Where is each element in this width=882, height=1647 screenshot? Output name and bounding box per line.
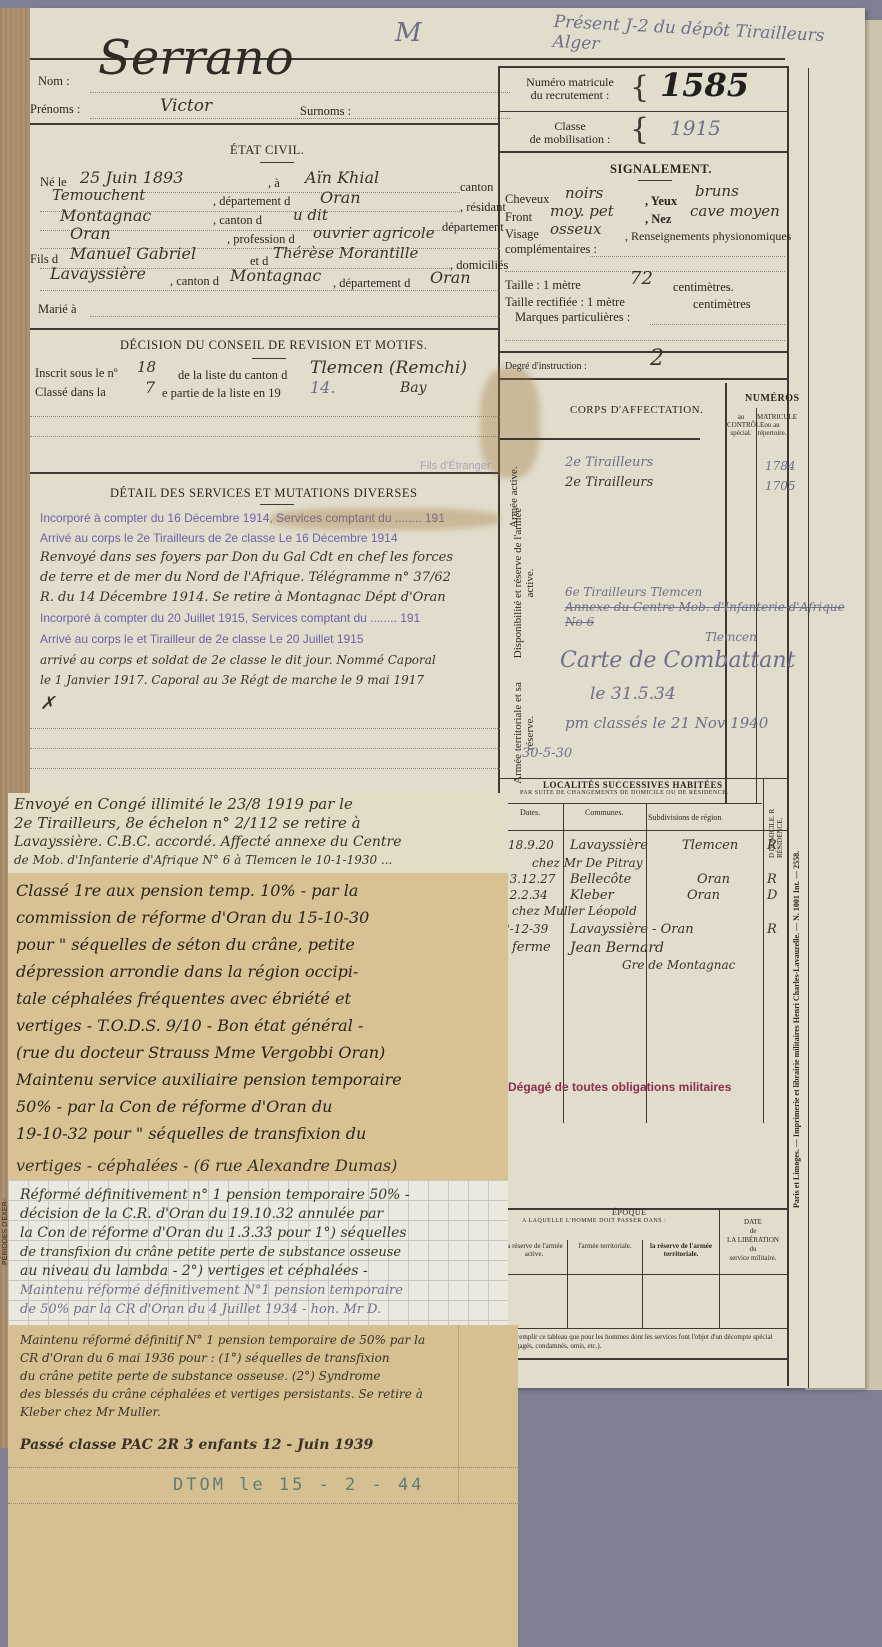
epoque-col-2: l'armée territoriale. <box>569 1242 641 1250</box>
a-value: Aïn Khial <box>305 168 379 187</box>
departement-label: département <box>442 220 504 235</box>
residant-value: Montagnac <box>60 206 151 225</box>
annee-value: 14. <box>310 378 335 397</box>
localites-subheading: PAR SUITE DE CHANGEMENTS DE DOMICILE OU … <box>520 790 728 796</box>
yeux-label: , Yeux <box>645 194 677 209</box>
dept-value-3: Oran <box>430 268 471 287</box>
corner-mark: M <box>395 18 422 48</box>
dtom-note: DTOM le 15 - 2 - 44 <box>173 1475 424 1495</box>
signalement-heading: SIGNALEMENT. <box>610 162 712 177</box>
slip-maintenu: Maintenu réformé définitif N° 1 pension … <box>8 1325 518 1647</box>
nez-label: , Nez <box>645 212 671 227</box>
taille-label: Taille : 1 mètre <box>505 278 581 293</box>
profession-value: ouvrier agricole <box>313 224 435 242</box>
slip-pension-1-end: vertiges - céphalées - (6 rue Alexandre … <box>8 1150 508 1184</box>
epoque-note: Ne remplir ce tableau que pour les homme… <box>507 1333 782 1351</box>
carte-combattant: Carte de Combattant <box>560 648 795 673</box>
canton-label-2: , canton d <box>213 213 262 228</box>
territoriale-date: 30-5-30 <box>522 746 572 761</box>
slip-reforme: Réformé définitivement n° 1 pension temp… <box>8 1180 508 1325</box>
cross-mark: ✗ <box>40 693 55 714</box>
water-stain <box>480 368 540 478</box>
canton-value-2: u dit <box>293 206 328 224</box>
degre-value: 2 <box>650 346 664 371</box>
services-heading: DÉTAIL DES SERVICES ET MUTATIONS DIVERSE… <box>110 486 417 501</box>
visage-value: osseux <box>550 220 601 238</box>
pm-classes: pm classés le 21 Nov 1940 <box>565 714 768 732</box>
classe-dans-value: 7 <box>145 378 155 397</box>
cheveux-value: noirs <box>565 184 603 202</box>
disponibilite-label: Disponibilité et réserve de l'armée acti… <box>512 498 536 668</box>
canton-label: canton <box>460 180 493 195</box>
disponibilite-entries: 6e Tirailleurs Tlemcen Annexe du Centre … <box>565 585 865 645</box>
col-controle: au CONTRÔLE spécial. <box>727 413 755 437</box>
canton-label-3: , canton d <box>170 274 219 289</box>
cheveux-label: Cheveux <box>505 192 549 207</box>
passe-classe: Passé classe PAC 2R 3 enfants 12 - Juin … <box>20 1437 373 1453</box>
classe-dans-label: Classé dans la <box>35 385 106 400</box>
matricule-label: Numéro matricule du recrutement : <box>510 76 630 102</box>
epoque-heading: ÉPOQUE <box>612 1208 647 1217</box>
epoque-col-1: la réserve de l'armée active. <box>502 1242 566 1258</box>
matricule-value[interactable]: 1585 <box>660 66 749 104</box>
classe-label: Classe de mobilisation : <box>510 120 630 146</box>
marques-label: Marques particulières : <box>515 310 630 325</box>
services-lines: Incorporé à compter du 16 Décembre 1914,… <box>40 508 500 690</box>
dept-value-1: Oran <box>320 188 361 207</box>
col-subdivisions: Subdivisions de région <box>648 813 721 822</box>
domicile-value: Lavayssière <box>50 264 146 283</box>
canton-value: Temouchent <box>52 186 145 204</box>
ne-le-value: 25 Juin 1893 <box>80 168 183 187</box>
residant-label: , résidant <box>460 200 506 215</box>
dept-label-1: , département d <box>213 194 290 209</box>
armee-active-entries: 2e Tirailleurs 2e Tirailleurs <box>565 453 653 493</box>
front-label: Front <box>505 210 532 225</box>
marie-label: Marié à <box>38 302 77 317</box>
pere-value: Manuel Gabriel <box>70 244 196 263</box>
liste-label: de la liste du canton d <box>178 368 287 383</box>
taille-rect-unit: centimètres <box>693 297 751 312</box>
prenoms-value: Victor <box>160 96 212 116</box>
epoque-col-3: la réserve de l'armée territoriale. <box>644 1242 718 1258</box>
renseignements-label: , Renseignements physionomiques <box>625 229 791 244</box>
complementaires-label: complémentaires : <box>505 242 597 257</box>
nom-label: Nom : <box>38 74 70 89</box>
col-communes: Communes. <box>585 808 623 817</box>
date-liberation: DATE de LA LIBÉRATION du service militai… <box>721 1218 785 1263</box>
inscrit-value: 18 <box>137 358 156 376</box>
carte-date: le 31.5.34 <box>590 684 676 704</box>
liste-value: Tlemcen (Remchi) <box>310 358 467 378</box>
red-stamp: Dégagé de toutes obligations militaires <box>508 1080 731 1094</box>
departement-value: Oran <box>70 224 111 243</box>
printer-imprint: Paris et Limoges. — Imprimerie et librai… <box>792 851 801 1208</box>
surnoms-label: Surnoms : <box>300 104 351 119</box>
corps-heading: CORPS D'AFFECTATION. <box>570 404 703 416</box>
decision-heading: DÉCISION DU CONSEIL DE REVISION ET MOTIF… <box>120 338 427 353</box>
partie-label: e partie de la liste en 19 <box>162 386 281 401</box>
inscrit-label: Inscrit sous le nº <box>35 366 118 381</box>
classe-value[interactable]: 1915 <box>670 116 721 140</box>
taille-value: 72 <box>630 268 653 289</box>
front-value: moy. pet <box>550 202 614 220</box>
initials: Bay <box>400 380 427 396</box>
slip-pension-1: Classé 1re aux pension temp. 10% - par l… <box>8 873 508 1173</box>
a-label: , à <box>268 176 280 191</box>
slip-conge: Envoyé en Congé illimité le 23/8 1919 pa… <box>8 793 508 873</box>
armee-active-numbers: 1784 1705 <box>765 456 796 496</box>
etat-civil-heading: ÉTAT CIVIL. <box>230 143 304 158</box>
canton-value-3: Montagnac <box>230 266 321 285</box>
nom-value: Serrano <box>98 30 294 86</box>
yeux-value: bruns <box>695 182 739 200</box>
localites-heading: LOCALITÉS SUCCESSIVES HABITÉES <box>543 780 723 790</box>
taille-unit: centimètres. <box>673 280 734 295</box>
visage-label: Visage <box>505 227 539 242</box>
dept-label-3: , département d <box>333 276 410 291</box>
prenoms-label: Prénoms : <box>30 102 80 117</box>
col-dates: Dates. <box>520 808 540 817</box>
taille-rect-label: Taille rectifiée : 1 mètre <box>505 295 625 310</box>
epoque-subheading: A LAQUELLE L'HOMME DOIT PASSER DANS : <box>522 1218 666 1224</box>
numeros-heading: NUMÉROS <box>745 393 800 404</box>
nez-value: cave moyen <box>690 202 780 220</box>
mere-value: Thérèse Morantille <box>273 244 418 262</box>
col-matricule: MATRICULE ou au répertoire. <box>757 413 787 437</box>
faint-stamp: Fils d'Étranger <box>420 460 491 472</box>
